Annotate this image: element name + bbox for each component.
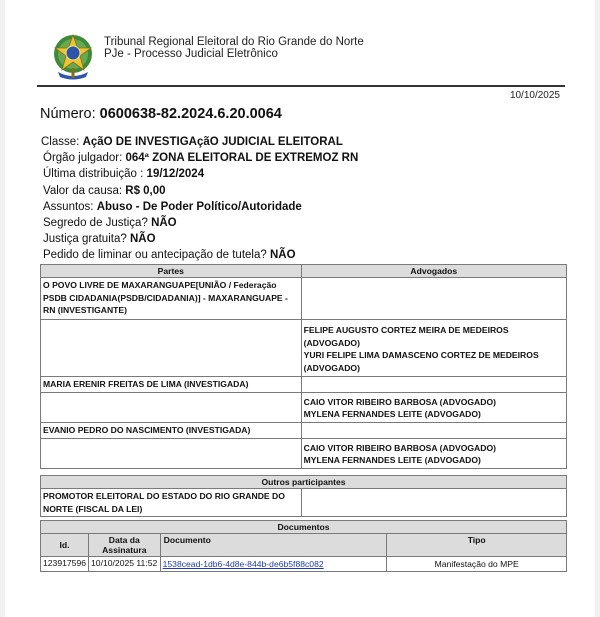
field-label: Órgão julgador: [43,152,122,164]
process-details: Classe: AçãO DE INVESTIGAçãO JUDICIAL EL… [41,134,358,264]
parte-cell [41,320,302,377]
field-value: Abuso - De Poder Político/Autoridade [97,201,302,213]
participante-cell: PROMOTOR ELEITORAL DO ESTADO DO RIO GRAN… [41,489,302,517]
outros-header: Outros participantes [41,476,567,489]
field-label: Valor da causa: [43,185,122,197]
field-justica-gratuita: Justiça gratuita? NÃO [41,231,358,247]
table-row: CAIO VITOR RIBEIRO BARBOSA (ADVOGADO) MY… [41,438,567,468]
column-header-documento: Documento [160,534,387,557]
partes-table: Partes Advogados O POVO LIVRE DE MAXARAN… [40,264,567,469]
field-segredo-justica: Segredo de Justiça? NÃO [41,215,358,231]
field-value: NÃO [151,217,177,229]
column-header-tipo: Tipo [387,534,567,557]
document-header: Tribunal Regional Eleitoral do Rio Grand… [45,28,575,86]
document-link[interactable]: 1538cead-1db6-4d8e-844b-de6b5f88c082 [163,559,324,569]
documentos-table: Documentos Id. Data da Assinatura Docume… [40,520,567,572]
field-label: Pedido de liminar ou antecipação de tute… [43,249,267,261]
table-header-row: Documentos [41,521,567,534]
parte-cell: EVANIO PEDRO DO NASCIMENTO (INVESTIGADA) [41,422,302,438]
column-header-partes: Partes [41,265,302,278]
advogados-cell [301,422,566,438]
advogados-cell: FELIPE AUGUSTO CORTEZ MEIRA DE MEDEIROS … [301,320,566,377]
field-label: Última distribuição : [43,168,143,180]
field-value: NÃO [130,233,156,245]
table-row: EVANIO PEDRO DO NASCIMENTO (INVESTIGADA) [41,422,567,438]
field-pedido-liminar: Pedido de liminar ou antecipação de tute… [41,247,358,263]
brazil-coat-of-arms-icon [50,32,96,82]
field-valor-causa: Valor da causa: R$ 0,00 [41,183,358,199]
field-value: 064ª ZONA ELEITORAL DE EXTREMOZ RN [125,152,358,164]
table-subheader-row: Id. Data da Assinatura Documento Tipo [41,534,567,557]
table-row: O POVO LIVRE DE MAXARANGUAPE[UNIÃO / Fed… [41,278,567,320]
header-divider [37,85,565,87]
column-header-id: Id. [41,534,89,557]
process-number-value: 0600638-82.2024.6.20.0064 [100,106,282,122]
field-value: 19/12/2024 [147,168,205,180]
process-number: Número: 0600638-82.2024.6.20.0064 [40,106,282,122]
column-header-data: Data da Assinatura [89,534,161,557]
document-page: Tribunal Regional Eleitoral do Rio Grand… [5,0,595,617]
field-orgao-julgador: Órgão julgador: 064ª ZONA ELEITORAL DE E… [41,150,358,166]
parte-cell: O POVO LIVRE DE MAXARANGUAPE[UNIÃO / Fed… [41,278,302,320]
outros-participantes-table: Outros participantes PROMOTOR ELEITORAL … [40,475,567,517]
organization-name: Tribunal Regional Eleitoral do Rio Grand… [104,36,364,60]
field-value: NÃO [270,249,296,261]
parte-cell: MARIA ERENIR FREITAS DE LIMA (INVESTIGAD… [41,376,302,392]
table-row: MARIA ERENIR FREITAS DE LIMA (INVESTIGAD… [41,376,567,392]
table-header-row: Outros participantes [41,476,567,489]
print-date: 10/10/2025 [510,90,560,101]
field-label: Justiça gratuita? [43,233,127,245]
field-label: Assuntos: [43,201,94,213]
field-assuntos: Assuntos: Abuso - De Poder Político/Auto… [41,199,358,215]
field-value: R$ 0,00 [125,185,165,197]
table-row: PROMOTOR ELEITORAL DO ESTADO DO RIO GRAN… [41,489,567,517]
advogados-cell: CAIO VITOR RIBEIRO BARBOSA (ADVOGADO) MY… [301,438,566,468]
table-row: FELIPE AUGUSTO CORTEZ MEIRA DE MEDEIROS … [41,320,567,377]
doc-tipo-cell: Manifestação do MPE [387,557,567,572]
column-header-advogados: Advogados [301,265,566,278]
table-header-row: Partes Advogados [41,265,567,278]
org-line-2: PJe - Processo Judicial Eletrônico [104,48,364,60]
field-ultima-distribuicao: Última distribuição : 19/12/2024 [41,166,358,182]
doc-date-cell: 10/10/2025 11:52 [89,557,161,572]
field-classe: Classe: AçãO DE INVESTIGAçãO JUDICIAL EL… [41,134,358,150]
table-row: 123917596 10/10/2025 11:52 1538cead-1db6… [41,557,567,572]
org-line-1: Tribunal Regional Eleitoral do Rio Grand… [104,36,364,48]
advogados-cell: CAIO VITOR RIBEIRO BARBOSA (ADVOGADO) MY… [301,392,566,422]
advogados-cell [301,376,566,392]
parte-cell [41,438,302,468]
documentos-header: Documentos [41,521,567,534]
advogados-cell [301,278,566,320]
process-number-label: Número: [40,106,96,122]
doc-link-cell: 1538cead-1db6-4d8e-844b-de6b5f88c082 [160,557,387,572]
participante-extra-cell [301,489,566,517]
parte-cell [41,392,302,422]
field-label: Classe: [41,136,79,148]
field-value: AçãO DE INVESTIGAçãO JUDICIAL ELEITORAL [83,136,343,148]
field-label: Segredo de Justiça? [43,217,148,229]
table-row: CAIO VITOR RIBEIRO BARBOSA (ADVOGADO) MY… [41,392,567,422]
doc-id-cell: 123917596 [41,557,89,572]
